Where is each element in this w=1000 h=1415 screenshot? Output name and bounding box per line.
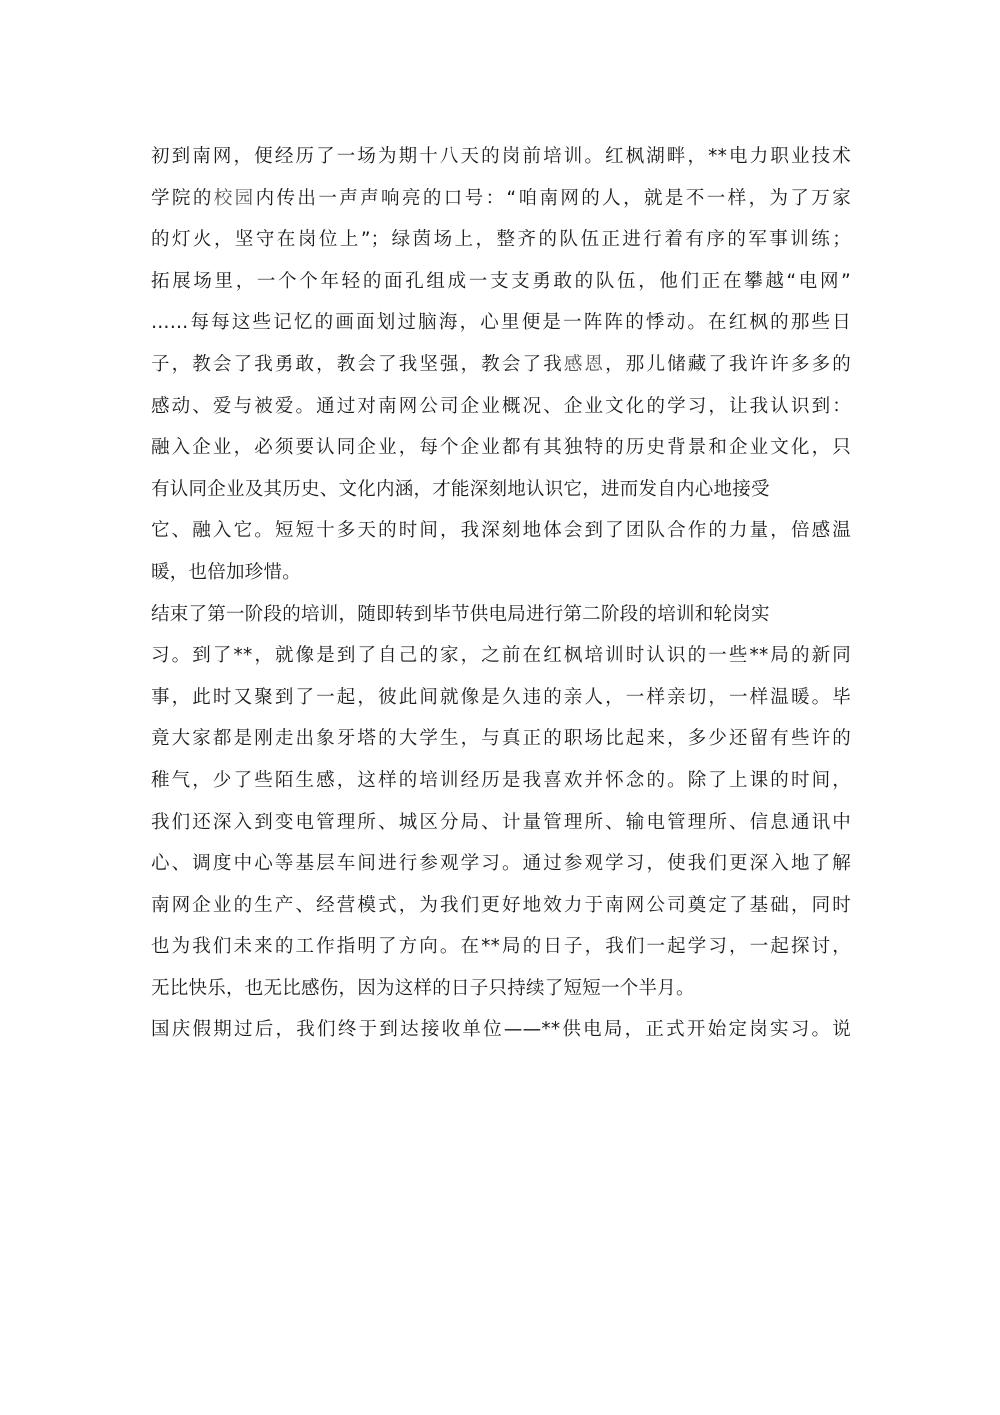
text-line: 无比快乐，也无比感伤，因为这样的日子只持续了短短一个半月。 <box>151 972 851 1014</box>
text-line: 有认同企业及其历史、文化内涵，才能深刻地认识它，进而发自内心地接受 <box>151 473 851 515</box>
text-line: 初到南网，便经历了一场为期十八天的岗前培训。红枫湖畔，**电力职业技术 <box>151 140 851 182</box>
text-line: 它、融入它。短短十多天的时间，我深刻地体会到了团队合作的力量，倍感温 <box>151 514 851 556</box>
text-line: 学院的校园内传出一声声响亮的口号：“咱南网的人，就是不一样，为了万家 <box>151 182 851 224</box>
text-line: 心、调度中心等基层车间进行参观学习。通过参观学习，使我们更深入地了解 <box>151 847 851 889</box>
text-line: 竟大家都是刚走出象牙塔的大学生，与真正的职场比起来，多少还留有些许的 <box>151 722 851 764</box>
document-page: 初到南网，便经历了一场为期十八天的岗前培训。红枫湖畔，**电力职业技术 学院的校… <box>0 0 1000 1415</box>
highlighted-word: 校园 <box>214 188 256 209</box>
text-line: 暖，也倍加珍惜。 <box>151 556 851 598</box>
text-line: 融入企业，必须要认同企业，每个企业都有其独特的历史背景和企业文化，只 <box>151 431 851 473</box>
text-line: 也为我们未来的工作指明了方向。在**局的日子，我们一起学习，一起探讨， <box>151 930 851 972</box>
text-span: 子，教会了我勇敢，教会了我坚强，教会了我 <box>151 354 564 375</box>
text-line: 事，此时又聚到了一起，彼此间就像是久违的亲人，一样亲切，一样温暖。毕 <box>151 681 851 723</box>
text-line: 子，教会了我勇敢，教会了我坚强，教会了我感恩，那儿储藏了我许许多多的 <box>151 348 851 390</box>
text-span: 学院的 <box>151 188 214 209</box>
text-line: 结束了第一阶段的培训，随即转到毕节供电局进行第二阶段的培训和轮岗实 <box>151 598 851 640</box>
text-line: 我们还深入到变电管理所、城区分局、计量管理所、输电管理所、信息通讯中 <box>151 806 851 848</box>
text-line: 南网企业的生产、经营模式，为我们更好地效力于南网公司奠定了基础，同时 <box>151 889 851 931</box>
text-span: 内传出一声声响亮的口号：“咱南网的人，就是不一样，为了万家 <box>256 188 851 209</box>
document-body: 初到南网，便经历了一场为期十八天的岗前培训。红枫湖畔，**电力职业技术 学院的校… <box>151 140 851 1055</box>
highlighted-word: 感恩 <box>564 354 605 375</box>
text-line: 稚气，少了些陌生感，这样的培训经历是我喜欢并怀念的。除了上课的时间， <box>151 764 851 806</box>
text-span: ，那儿储藏了我许许多多的 <box>605 354 851 375</box>
text-line: 国庆假期过后，我们终于到达接收单位——**供电局，正式开始定岗实习。说 <box>151 1013 851 1055</box>
text-line: ……每每这些记忆的画面划过脑海，心里便是一阵阵的悸动。在红枫的那些日 <box>151 306 851 348</box>
text-line: 感动、爱与被爱。通过对南网公司企业概况、企业文化的学习，让我认识到： <box>151 390 851 432</box>
text-line: 的灯火，坚守在岗位上”；绿茵场上，整齐的队伍正进行着有序的军事训练； <box>151 223 851 265</box>
text-line: 拓展场里，一个个年轻的面孔组成一支支勇敢的队伍，他们正在攀越“电网” <box>151 265 851 307</box>
text-line: 习。到了**，就像是到了自己的家，之前在红枫培训时认识的一些**局的新同 <box>151 639 851 681</box>
